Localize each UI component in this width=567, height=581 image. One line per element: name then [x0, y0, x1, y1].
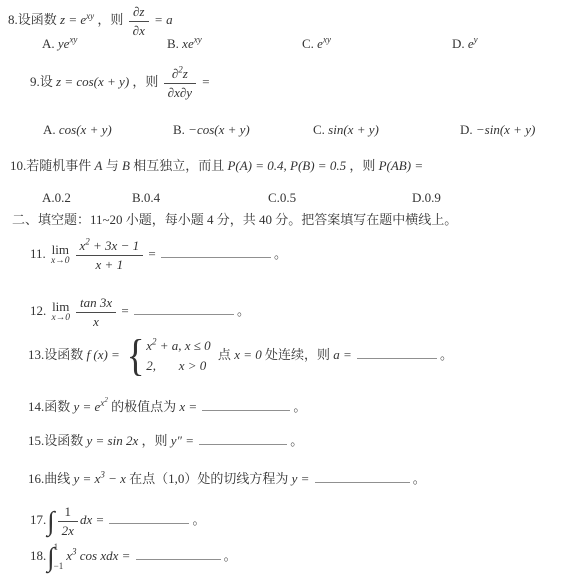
q10-event-b: B	[122, 158, 130, 173]
q15-y-second-derivative: y″ =	[171, 433, 197, 448]
q12-frac-numerator: tan 3x	[76, 295, 116, 313]
q8-equation-exponent: xy	[86, 11, 94, 21]
question-11: 11. limx→0x2 + 3x − 1x + 1 = 。	[30, 238, 287, 272]
q16-period: 。	[413, 471, 426, 486]
q9-prefix: 9.设	[30, 74, 56, 89]
q18-number: 18.	[30, 548, 46, 563]
q8-option-c: C. exy	[302, 36, 331, 52]
q9-option-d: D. −sin(x + y)	[460, 122, 535, 138]
q11-lim-word: lim	[51, 243, 69, 256]
q8-option-b-exp: xy	[194, 35, 202, 45]
q10-option-b-label: B.	[132, 190, 144, 205]
q10-prefix: 10.若随机事件	[10, 158, 95, 173]
q18-period: 。	[224, 548, 237, 563]
q14-mid: 的极值点为	[108, 399, 180, 414]
q16-mid: 在点（1,0）处的切线方程为	[126, 471, 292, 486]
q12-fraction: tan 3xx	[76, 295, 116, 329]
q11-equals: =	[145, 246, 159, 261]
q9-tail: =	[198, 74, 210, 89]
q9-partial-fraction: ∂2z∂x∂y	[164, 66, 196, 100]
question-8: 8.设函数 z = exy ，则 ∂z∂x = a	[8, 4, 173, 38]
q16-prefix: 16.曲线	[28, 471, 74, 486]
q18-upper-limit: 1	[54, 542, 64, 553]
q8-option-b-value: xe	[182, 36, 194, 51]
q13-brace: {	[127, 337, 145, 374]
question-9-options: A. cos(x + y) B. −cos(x + y) C. sin(x + …	[0, 122, 567, 140]
q12-number: 12.	[30, 303, 50, 318]
q12-lim-sub: x→0	[52, 314, 70, 324]
question-9: 9.设 z = cos(x + y) ，则 ∂2z∂x∂y =	[30, 66, 210, 100]
q9-option-c: C. sin(x + y)	[313, 122, 379, 138]
q9-frac-denominator: ∂x∂y	[164, 84, 196, 101]
q9-partial-z: z	[183, 66, 188, 81]
q14-answer-blank	[202, 397, 290, 411]
q9-option-c-value: sin(x + y)	[328, 122, 379, 137]
question-13: 13.设函数 f (x) = {x2 + a, x ≤ 02, x > 0 点 …	[28, 336, 453, 376]
q10-then: ，则	[346, 158, 379, 173]
q12-frac-denominator: x	[76, 313, 116, 330]
q8-option-d-label: D.	[452, 36, 468, 51]
q9-then: ，则	[129, 74, 162, 89]
q12-period: 。	[237, 303, 250, 318]
q11-num-rest: + 3x − 1	[90, 238, 139, 253]
q11-answer-blank	[161, 244, 271, 258]
q17-answer-blank	[109, 510, 189, 524]
q14-exponent: x2	[100, 398, 108, 408]
q13-prefix: 13.设函数	[28, 347, 87, 362]
q15-equation: y = sin 2x	[87, 433, 139, 448]
q9-frac-numerator: ∂2z	[164, 66, 196, 84]
q15-answer-blank	[199, 431, 287, 445]
q18-lower-limit: −1	[54, 561, 64, 572]
q11-number: 11.	[30, 246, 49, 261]
q9-option-b-label: B.	[173, 122, 188, 137]
q8-then: ，则	[94, 12, 127, 27]
q17-frac-denominator: 2x	[58, 522, 78, 539]
q16-equation-a: y = x	[74, 471, 101, 486]
q10-option-a: A.0.2	[42, 190, 71, 206]
q10-option-b-value: 0.4	[144, 190, 160, 205]
q18-integral-limits: 1−1	[54, 542, 64, 572]
q13-mid1: 点	[215, 347, 235, 362]
q9-option-a-value: cos(x + y)	[59, 122, 112, 137]
q16-answer-blank	[315, 469, 410, 483]
question-15: 15.设函数 y = sin 2x ，则 y″ = 。	[28, 431, 303, 449]
question-14: 14.函数 y = ex2 的极值点为 x = 。	[28, 397, 306, 415]
q8-option-a-exp: xy	[69, 35, 77, 45]
q14-period: 。	[293, 399, 306, 414]
q14-equation: y = e	[74, 399, 101, 414]
q8-option-c-label: C.	[302, 36, 317, 51]
question-16: 16.曲线 y = x3 − x 在点（1,0）处的切线方程为 y = 。	[28, 469, 426, 487]
exam-page: { "page": {"background": "#ffffff", "tex…	[0, 0, 567, 581]
q9-option-a-label: A.	[43, 122, 59, 137]
q15-then: ，则	[138, 433, 171, 448]
q8-frac-numerator: ∂z	[129, 4, 149, 22]
q17-number: 17.	[30, 512, 46, 527]
q13-case1-rest: + a, x ≤ 0	[156, 338, 210, 353]
q10-option-a-label: A.	[42, 190, 55, 205]
q17-fraction: 12x	[58, 504, 78, 538]
q8-tail: = a	[151, 12, 173, 27]
q10-option-a-value: 0.2	[55, 190, 71, 205]
q11-limit: limx→0	[51, 243, 69, 267]
q8-option-a: A. yexy	[42, 36, 77, 52]
q13-piecewise: x2 + a, x ≤ 02, x > 0	[146, 336, 210, 376]
q12-limit: limx→0	[52, 300, 70, 324]
q13-answer-blank	[357, 345, 437, 359]
question-12: 12. limx→0tan 3xx = 。	[30, 295, 250, 329]
q17-dx-equals: dx =	[80, 512, 108, 527]
q8-option-b: B. xexy	[167, 36, 202, 52]
q9-option-a: A. cos(x + y)	[43, 122, 112, 138]
q8-prefix: 8.设函数	[8, 12, 60, 27]
q10-tail: P(AB) =	[379, 158, 424, 173]
question-8-options: A. yexy B. xexy C. exy D. ey	[0, 36, 567, 54]
q13-case-2: 2, x > 0	[146, 356, 210, 376]
q11-fraction: x2 + 3x − 1x + 1	[76, 238, 144, 272]
q16-equation-b: − x	[105, 471, 126, 486]
q8-option-c-exp: xy	[323, 35, 331, 45]
q13-fx: f (x) =	[87, 347, 124, 362]
question-10: 10.若随机事件 A 与 B 相互独立，而且 P(A) = 0.4, P(B) …	[10, 158, 423, 174]
q10-option-c: C.0.5	[268, 190, 296, 206]
q13-mid2: 处连续，则	[262, 347, 334, 362]
q13-a-equals: a =	[333, 347, 355, 362]
q9-option-b-value: −cos(x + y)	[188, 122, 250, 137]
question-17: 17.∫12xdx = 。	[30, 504, 206, 538]
q18-body-rest: cos xdx =	[77, 548, 134, 563]
q10-option-c-label: C.	[268, 190, 280, 205]
q10-mid1: 与	[102, 158, 122, 173]
q8-option-a-label: A.	[42, 36, 58, 51]
q12-answer-blank	[134, 301, 234, 315]
q13-period: 。	[440, 347, 453, 362]
q12-equals: =	[118, 303, 132, 318]
q17-integral-sign: ∫	[47, 508, 54, 535]
q9-option-d-label: D.	[460, 122, 476, 137]
q9-equation: z = cos(x + y)	[56, 74, 129, 89]
q11-frac-denominator: x + 1	[76, 256, 144, 273]
q13-case-1: x2 + a, x ≤ 0	[146, 336, 210, 356]
q16-y-equals: y =	[292, 471, 313, 486]
q9-option-c-label: C.	[313, 122, 328, 137]
q10-probabilities: P(A) = 0.4, P(B) = 0.5	[227, 158, 346, 173]
q8-option-a-value: ye	[58, 36, 70, 51]
question-18: 18.∫1−1x3 cos xdx = 。	[30, 542, 237, 572]
q11-frac-numerator: x2 + 3x − 1	[76, 238, 144, 256]
q8-equation: z = e	[60, 12, 86, 27]
q10-option-d-value: 0.9	[425, 190, 441, 205]
q10-option-c-value: 0.5	[280, 190, 296, 205]
q10-option-d-label: D.	[412, 190, 425, 205]
q11-lim-sub: x→0	[51, 257, 69, 267]
q13-x0: x = 0	[234, 347, 262, 362]
q8-option-d: D. ey	[452, 36, 478, 52]
q11-period: 。	[274, 246, 287, 261]
question-10-options: A.0.2 B.0.4 C.0.5 D.0.9	[0, 190, 567, 208]
q8-option-d-exp: y	[474, 35, 478, 45]
q9-option-b: B. −cos(x + y)	[173, 122, 250, 138]
section-2-title: 二、填空题：11~20 小题，每小题 4 分，共 40 分。把答案填写在题中横线…	[12, 212, 457, 227]
q8-partial-fraction: ∂z∂x	[129, 4, 149, 38]
q12-lim-word: lim	[52, 300, 70, 313]
q10-mid2: 相互独立，而且	[130, 158, 228, 173]
q17-period: 。	[192, 512, 205, 527]
q14-x-equals: x =	[179, 399, 200, 414]
q15-prefix: 15.设函数	[28, 433, 87, 448]
q17-frac-numerator: 1	[58, 504, 78, 522]
q10-option-d: D.0.9	[412, 190, 441, 206]
q9-option-d-value: −sin(x + y)	[476, 122, 535, 137]
q18-answer-blank	[136, 546, 221, 560]
q14-prefix: 14.函数	[28, 399, 74, 414]
q8-option-b-label: B.	[167, 36, 182, 51]
q15-period: 。	[290, 433, 303, 448]
section-2-header: 二、填空题：11~20 小题，每小题 4 分，共 40 分。把答案填写在题中横线…	[12, 212, 457, 228]
q10-option-b: B.0.4	[132, 190, 160, 206]
